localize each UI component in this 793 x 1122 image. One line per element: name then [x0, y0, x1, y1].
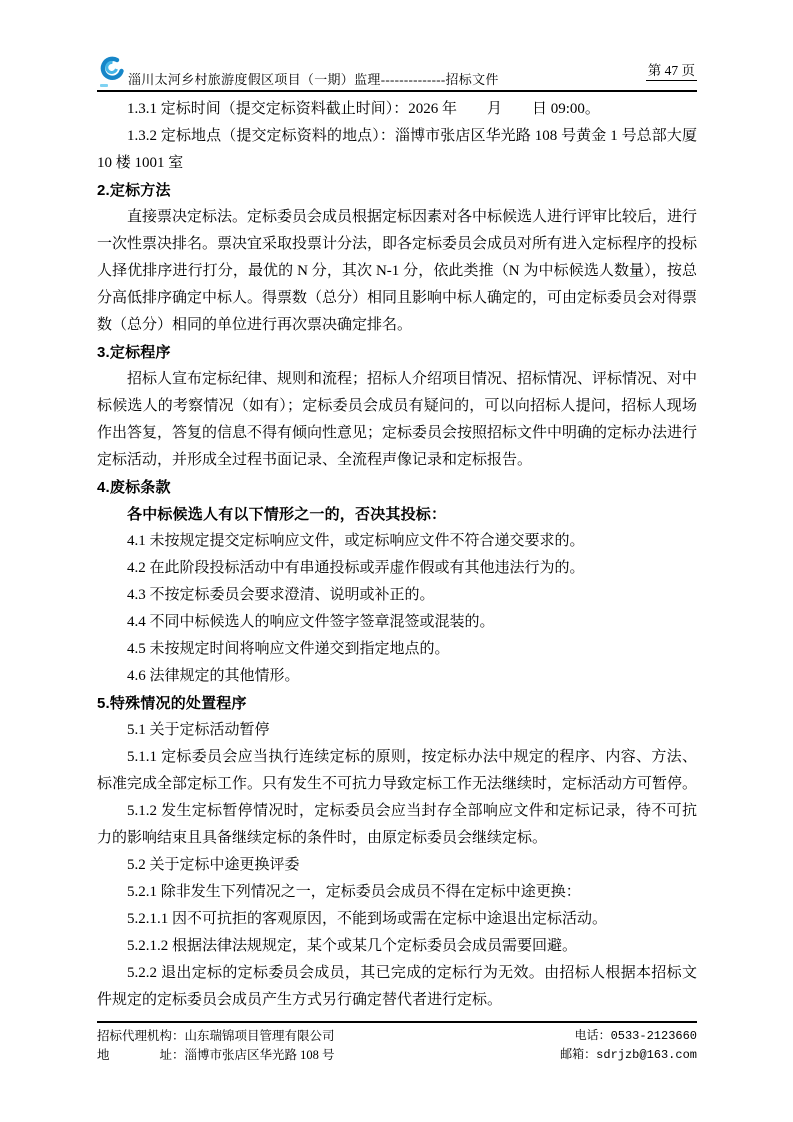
footer-agency: 招标代理机构：山东瑞锦项目管理有限公司 — [97, 1027, 335, 1046]
clause-1-3-2: 1.3.2 定标地点（提交定标资料的地点）：淄博市张店区华光路 108 号黄金 … — [97, 123, 697, 177]
clause-4-4: 4.4 不同中标候选人的响应文件签字签章混签或混装的。 — [97, 609, 697, 636]
page-header: 淄川太河乡村旅游度假区项目（一期）监理--------------招标文件 第 … — [97, 48, 697, 92]
clause-5-1: 5.1 关于定标活动暂停 — [97, 717, 697, 744]
section-2-paragraph: 直接票决定标法。定标委员会成员根据定标因素对各中标候选人进行评审比较后，进行一次… — [97, 204, 697, 339]
clause-5-2-1-1: 5.2.1.1 因不可抗拒的客观原因，不能到场或需在定标中途退出定标活动。 — [97, 906, 697, 933]
section-3-heading: 3.定标程序 — [97, 339, 697, 366]
section-4-heading: 4.废标条款 — [97, 474, 697, 501]
page-footer: 招标代理机构：山东瑞锦项目管理有限公司 电话：0533-2123660 地 址：… — [97, 1021, 697, 1065]
page-number: 第 47 页 — [646, 63, 697, 81]
footer-row-2: 地 址：淄博市张店区华光路 108 号 邮箱：sdrjzb@163.com — [97, 1046, 697, 1065]
clause-5-1-1: 5.1.1 定标委员会应当执行连续定标的原则，按定标办法中规定的程序、内容、方法… — [97, 744, 697, 798]
clause-4-6: 4.6 法律规定的其他情形。 — [97, 663, 697, 690]
clause-4-2: 4.2 在此阶段投标活动中有串通投标或弄虚作假或有其他违法行为的。 — [97, 555, 697, 582]
company-logo-icon — [97, 56, 125, 90]
footer-row-1: 招标代理机构：山东瑞锦项目管理有限公司 电话：0533-2123660 — [97, 1027, 697, 1046]
document-body: 1.3.1 定标时间（提交定标资料截止时间）：2026 年 月 日 09:00。… — [97, 96, 697, 1014]
footer-phone: 电话：0533-2123660 — [575, 1027, 697, 1046]
header-title: 淄川太河乡村旅游度假区项目（一期）监理--------------招标文件 — [128, 72, 499, 88]
section-4-intro: 各中标候选人有以下情形之一的，否决其投标： — [97, 501, 697, 528]
section-5-heading: 5.特殊情况的处置程序 — [97, 690, 697, 717]
logo-inner-swirl — [107, 62, 117, 72]
clause-1-3-1: 1.3.1 定标时间（提交定标资料截止时间）：2026 年 月 日 09:00。 — [97, 96, 697, 123]
clause-5-2-1: 5.2.1 除非发生下列情况之一，定标委员会成员不得在定标中途更换： — [97, 879, 697, 906]
clause-5-2: 5.2 关于定标中途更换评委 — [97, 852, 697, 879]
header-left: 淄川太河乡村旅游度假区项目（一期）监理--------------招标文件 — [97, 56, 499, 90]
clause-5-1-2: 5.1.2 发生定标暂停情况时，定标委员会应当封存全部响应文件和定标记录，待不可… — [97, 798, 697, 852]
footer-address: 地 址：淄博市张店区华光路 108 号 — [97, 1046, 335, 1065]
footer-email: 邮箱：sdrjzb@163.com — [560, 1046, 697, 1065]
clause-5-2-1-2: 5.2.1.2 根据法律法规规定，某个或某几个定标委员会成员需要回避。 — [97, 933, 697, 960]
clause-4-3: 4.3 不按定标委员会要求澄清、说明或补正的。 — [97, 582, 697, 609]
logo-base-mark — [100, 84, 108, 87]
clause-5-2-2: 5.2.2 退出定标的定标委员会成员，其已完成的定标行为无效。由招标人根据本招标… — [97, 960, 697, 1014]
section-2-heading: 2.定标方法 — [97, 177, 697, 204]
clause-4-5: 4.5 未按规定时间将响应文件递交到指定地点的。 — [97, 636, 697, 663]
section-3-paragraph: 招标人宣布定标纪律、规则和流程；招标人介绍项目情况、招标情况、评标情况、对中标候… — [97, 366, 697, 474]
document-page: 淄川太河乡村旅游度假区项目（一期）监理--------------招标文件 第 … — [0, 0, 793, 1122]
clause-4-1: 4.1 未按规定提交定标响应文件，或定标响应文件不符合递交要求的。 — [97, 528, 697, 555]
